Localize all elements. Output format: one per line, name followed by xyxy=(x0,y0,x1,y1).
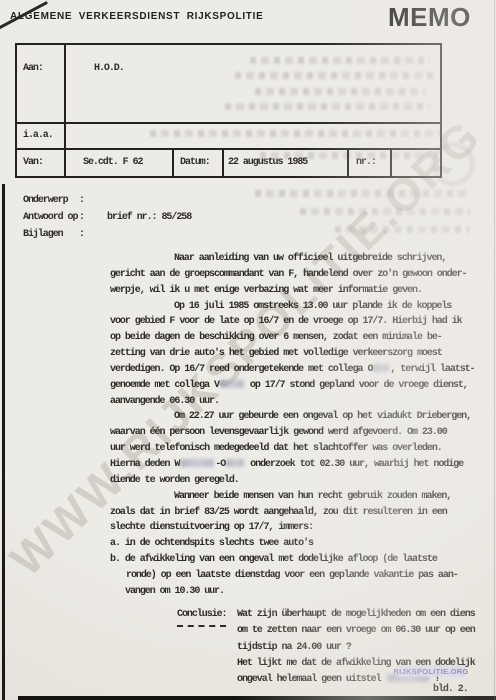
body-line: voor gebied F voor de late op 16/7 en de… xyxy=(110,314,482,330)
text-segment: -O xyxy=(215,459,225,470)
rijkspolitie-org-badge: RIJKSPOLITIE.ORG xyxy=(397,665,465,677)
text-segment: zetting van drie auto's het gebied met v… xyxy=(110,348,442,359)
body-line: Hierna deden W-O onderzoek tot 02.30 uur… xyxy=(110,457,482,473)
text-segment: tijdstip na 24.00 uur ? xyxy=(237,642,351,653)
body-line: a. in de ochtendspits slechts twee auto'… xyxy=(110,536,482,552)
text-segment: Naar aanleiding van uw officieel uitgebr… xyxy=(174,253,446,264)
text-segment: aanvangende 06.30 uur. xyxy=(110,396,219,407)
body-line: ronde) op een laatste dienstdag voor een… xyxy=(110,568,482,584)
text-segment: werpje, wil ik u met enige verbazing wat… xyxy=(110,285,422,296)
body-line: werpje, wil ik u met enige verbazing wat… xyxy=(110,283,482,299)
text-segment: slechte dienstuitvoering op 17/7, immers… xyxy=(110,522,313,533)
body-line: Op 16 juli 1985 omstreeks 13.00 uur plan… xyxy=(110,299,482,315)
scan-edge-right xyxy=(494,0,495,700)
body-line: uur werd telefonisch medegedeeld dat het… xyxy=(110,441,482,457)
form-table: Aan: H.O.D. i.a.a. Van: Se.cdt. F 62 Dat… xyxy=(15,43,442,178)
text-segment: voor gebied F voor de late op 16/7 en de… xyxy=(110,316,462,327)
text-segment: Op 16 juli 1985 omstreeks 13.00 uur plan… xyxy=(174,301,451,312)
antwoord-colon: : xyxy=(79,210,85,226)
text-segment: Wat zijn überhaupt de mogelijkheden om e… xyxy=(237,609,475,620)
body-line: verdedigen. Op 16/7 reed ondergetekende … xyxy=(110,362,482,378)
text-segment: vangen om 10.30 uur. xyxy=(125,586,224,597)
aan-value: H.O.D. xyxy=(64,45,440,122)
redacted-name xyxy=(373,364,389,372)
text-segment: uur werd telefonisch medegedeeld dat het… xyxy=(110,443,442,454)
body-line: Om 22.27 uur gebeurde een ongeval op het… xyxy=(110,409,482,425)
onderwerp-colon: : xyxy=(79,193,85,209)
body-line: diende te worden geregeld. xyxy=(110,473,482,489)
text-segment: Hierna deden W xyxy=(110,459,179,470)
text-segment: waarvan één persoon levensgevaarlijk gew… xyxy=(110,427,447,438)
van-value: Se.cdt. F 62 xyxy=(64,150,172,176)
form-row-aan: Aan: H.O.D. xyxy=(17,45,440,122)
body-line: zoals dat in brief 83/25 wordt aangehaal… xyxy=(110,505,482,521)
memo-page: WWW.RIJKSPOLITIE.ORG ALGEMENE VERKEERSDI… xyxy=(0,0,496,700)
body-line: Wanneer beide mensen van hun recht gebru… xyxy=(110,489,482,505)
bleed-through-mark xyxy=(335,226,470,233)
iaa-value xyxy=(64,124,440,148)
meta-row-antwoord: Antwoord op : brief nr.: 85/258 xyxy=(23,209,191,226)
datum-value: 22 augustus 1985 xyxy=(222,150,347,176)
text-segment: verdedigen. Op 16/7 reed ondergetekende … xyxy=(110,364,372,375)
text-segment: op 17/7 stond gepland voor de vroege die… xyxy=(245,380,468,391)
form-row-iaa: i.a.a. xyxy=(17,122,440,148)
text-segment: zoals dat in brief 83/25 wordt aangehaal… xyxy=(110,507,447,518)
onderwerp-label: Onderwerp xyxy=(23,193,79,209)
van-label: Van: xyxy=(17,150,64,176)
text-segment: gericht aan de groepscommandant van F, h… xyxy=(110,269,466,280)
text-segment: om te zetten naar een vroege om 06.30 uu… xyxy=(237,625,475,636)
scan-edge-bottom xyxy=(18,696,496,700)
header-title: ALGEMENE VERKEERSDIENST RIJKSPOLITIE xyxy=(10,11,263,22)
scan-edge-left xyxy=(2,184,5,700)
conclusion-line: om te zetten naar een vroege om 06.30 uu… xyxy=(237,623,475,639)
text-segment: ongeval helemaal geen uitstel xyxy=(237,674,386,685)
meta-row-onderwerp: Onderwerp : xyxy=(23,192,191,209)
nr-value xyxy=(390,150,440,176)
conclusion-line: Wat zijn überhaupt de mogelijkheden om e… xyxy=(237,607,475,623)
body-line: gericht aan de groepscommandant van F, h… xyxy=(110,267,482,283)
conclusion-line: tijdstip na 24.00 uur ? xyxy=(237,640,475,656)
antwoord-label: Antwoord op xyxy=(23,210,79,226)
nr-label: nr.: xyxy=(347,150,390,176)
body-line: zetting van drie auto's het gebied met v… xyxy=(110,346,482,362)
bijlagen-label: Bijlagen xyxy=(23,227,79,243)
text-segment: Wanneer beide mensen van hun recht gebru… xyxy=(174,491,451,502)
bijlagen-colon: : xyxy=(79,227,85,243)
text-segment: , terwijl laatst- xyxy=(390,364,474,375)
bleed-through-mark xyxy=(255,190,470,197)
redacted-name xyxy=(220,380,244,388)
memo-body: Naar aanleiding van uw officieel uitgebr… xyxy=(110,251,482,600)
iaa-label: i.a.a. xyxy=(17,124,64,148)
aan-label: Aan: xyxy=(17,45,64,122)
datum-label: Datum: xyxy=(172,150,222,176)
body-line: vangen om 10.30 uur. xyxy=(110,584,482,600)
meta-section: Onderwerp : Antwoord op : brief nr.: 85/… xyxy=(23,192,191,243)
text-segment: onderzoek tot 02.30 uur, waarbij het nod… xyxy=(245,459,463,470)
text-segment: ronde) op een laatste dienstdag voor een… xyxy=(126,570,458,581)
conclusion-label: Conclusie: xyxy=(177,607,227,623)
antwoord-value: brief nr.: 85/258 xyxy=(107,210,191,226)
bleed-through-mark xyxy=(300,208,470,215)
body-line: aanvangende 06.30 uur. xyxy=(110,394,482,410)
text-segment: op beide dagen de beschikking over 6 men… xyxy=(110,332,442,343)
memo-label: MEMO xyxy=(388,2,471,33)
redacted-name xyxy=(226,459,244,467)
redacted-name xyxy=(180,459,214,467)
meta-row-bijlagen: Bijlagen : xyxy=(23,226,191,243)
text-segment: b. de afwikkeling van een ongeval met do… xyxy=(110,554,437,565)
text-segment: a. in de ochtendspits slechts twee auto'… xyxy=(110,538,313,549)
text-segment: Om 22.27 uur gebeurde een ongeval op het… xyxy=(174,411,471,422)
body-line: genoemde met collega V op 17/7 stond gep… xyxy=(110,378,482,394)
body-line: op beide dagen de beschikking over 6 men… xyxy=(110,330,482,346)
body-line: slechte dienstuitvoering op 17/7, immers… xyxy=(110,520,482,536)
body-line: Naar aanleiding van uw officieel uitgebr… xyxy=(110,251,482,267)
body-line: waarvan één persoon levensgevaarlijk gew… xyxy=(110,425,482,441)
body-line: b. de afwikkeling van een ongeval met do… xyxy=(110,552,482,568)
form-row-van: Van: Se.cdt. F 62 Datum: 22 augustus 198… xyxy=(17,148,440,176)
text-segment: genoemde met collega V xyxy=(110,380,219,391)
text-segment: diende te worden geregeld. xyxy=(110,475,239,486)
